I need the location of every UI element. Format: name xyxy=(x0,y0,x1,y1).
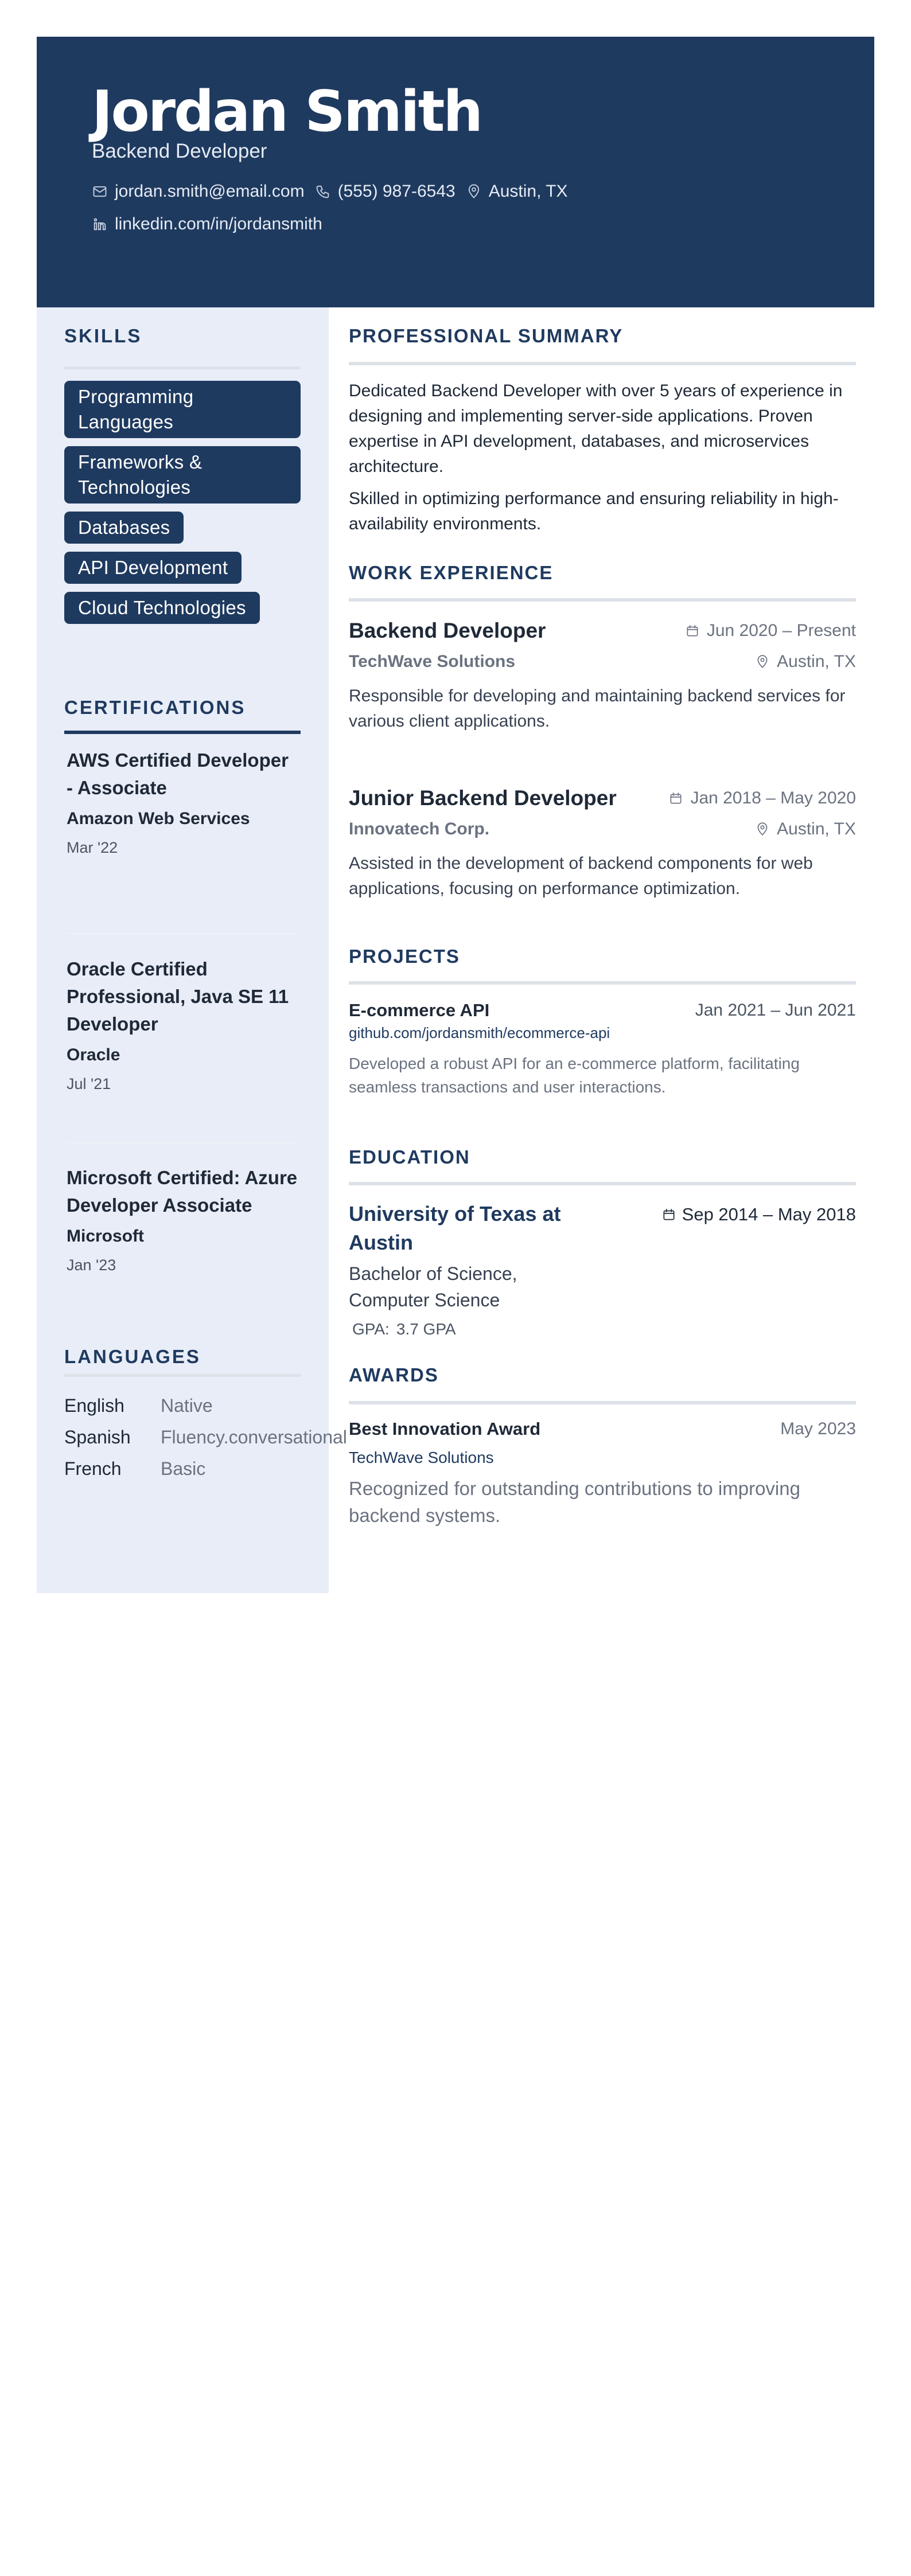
project-link[interactable]: github.com/jordansmith/ecommerce-api xyxy=(349,1023,610,1043)
job-role: Backend Developer xyxy=(349,617,546,645)
certification-item: AWS Certified Developer - Associate Amaz… xyxy=(67,747,298,858)
certifications-heading: CERTIFICATIONS xyxy=(64,696,246,719)
awards-heading: AWARDS xyxy=(349,1364,439,1387)
experience-divider xyxy=(349,598,856,602)
cert-title: Oracle Certified Professional, Java SE 1… xyxy=(67,955,298,1038)
skill-chip: API Development xyxy=(64,552,242,584)
location-text: Austin, TX xyxy=(489,180,568,203)
contact-location: Austin, TX xyxy=(466,180,568,203)
cert-date: Jul '21 xyxy=(67,1074,298,1094)
cert-issuer: Microsoft xyxy=(67,1225,298,1248)
job-role: Junior Backend Developer xyxy=(349,784,617,812)
skill-chip: Databases xyxy=(64,512,184,544)
job-location-text: Austin, TX xyxy=(777,650,856,673)
experience-heading: WORK EXPERIENCE xyxy=(349,561,553,584)
gpa-value: 3.7 GPA xyxy=(396,1320,456,1338)
language-row: English Native xyxy=(64,1390,347,1422)
job-dates: Jan 2018 – May 2020 xyxy=(668,787,856,810)
linkedin-icon xyxy=(92,216,108,232)
cert-issuer: Amazon Web Services xyxy=(67,807,298,830)
award-organization: TechWave Solutions xyxy=(349,1447,494,1468)
language-level: Fluency.conversational xyxy=(161,1422,347,1453)
job-dates-text: Jan 2018 – May 2020 xyxy=(690,787,856,810)
job-dates: Jun 2020 – Present xyxy=(685,619,856,642)
job-location: Austin, TX xyxy=(755,650,856,673)
skills-heading: SKILLS xyxy=(64,325,142,348)
map-pin-icon xyxy=(466,184,482,200)
resume-header: Jordan Smith Backend Developer jordan.sm… xyxy=(37,37,874,307)
job-subheader: Innovatech Corp. Austin, TX xyxy=(349,818,856,841)
calendar-icon xyxy=(661,1207,676,1222)
education-degree: Bachelor of Science, Computer Science xyxy=(349,1260,590,1313)
education-dates-text: Sep 2014 – May 2018 xyxy=(682,1203,856,1226)
phone-icon xyxy=(315,184,331,200)
job-description: Responsible for developing and maintaini… xyxy=(349,684,856,734)
skills-list: Programming Languages Frameworks & Techn… xyxy=(64,381,301,632)
education-school: University of Texas at Austin xyxy=(349,1200,590,1257)
contact-phone[interactable]: (555) 987-6543 xyxy=(315,180,455,203)
language-level: Native xyxy=(161,1390,213,1422)
summary-divider xyxy=(349,362,856,365)
gpa-label: GPA: xyxy=(352,1320,390,1338)
job-header: Backend Developer Jun 2020 – Present xyxy=(349,617,856,645)
contact-linkedin[interactable]: linkedin.com/in/jordansmith xyxy=(92,213,322,236)
job-location: Austin, TX xyxy=(755,818,856,841)
certification-item: Microsoft Certified: Azure Developer Ass… xyxy=(67,1164,298,1275)
language-name: English xyxy=(64,1390,161,1422)
cert-issuer: Oracle xyxy=(67,1044,298,1067)
candidate-name: Jordan Smith xyxy=(92,80,481,143)
phone-text: (555) 987-6543 xyxy=(338,180,455,203)
education-divider xyxy=(349,1182,856,1185)
contact-email[interactable]: jordan.smith@email.com xyxy=(92,180,305,203)
calendar-icon xyxy=(685,623,700,638)
languages-list: English Native Spanish Fluency.conversat… xyxy=(64,1390,347,1485)
award-date: May 2023 xyxy=(780,1419,856,1439)
education-dates: Sep 2014 – May 2018 xyxy=(661,1203,856,1226)
education-gpa: GPA:3.7 GPA xyxy=(352,1319,463,1340)
skill-chip: Programming Languages xyxy=(64,381,301,438)
project-header: E-commerce API Jan 2021 – Jun 2021 xyxy=(349,999,856,1022)
projects-divider xyxy=(349,981,856,985)
languages-divider xyxy=(64,1374,301,1377)
languages-heading: LANGUAGES xyxy=(64,1345,201,1368)
cert-date: Mar '22 xyxy=(67,837,298,858)
job-company: TechWave Solutions xyxy=(349,650,515,673)
cert-date: Jan '23 xyxy=(67,1255,298,1275)
contact-row-2: linkedin.com/in/jordansmith xyxy=(92,213,333,236)
certifications-divider xyxy=(64,731,301,734)
award-header: Best Innovation Award May 2023 xyxy=(349,1419,856,1439)
language-row: Spanish Fluency.conversational xyxy=(64,1422,347,1453)
job-subheader: TechWave Solutions Austin, TX xyxy=(349,650,856,673)
project-dates: Jan 2021 – Jun 2021 xyxy=(695,1001,856,1020)
project-name: E-commerce API xyxy=(349,999,489,1022)
linkedin-text: linkedin.com/in/jordansmith xyxy=(115,213,322,236)
skills-divider xyxy=(64,366,301,369)
skill-chip: Cloud Technologies xyxy=(64,592,260,624)
summary-paragraph: Skilled in optimizing performance and en… xyxy=(349,486,856,537)
skill-chip: Frameworks & Technologies xyxy=(64,446,301,504)
award-description: Recognized for outstanding contributions… xyxy=(349,1475,856,1529)
cert-separator xyxy=(67,1142,298,1143)
map-pin-icon xyxy=(755,822,770,837)
email-text: jordan.smith@email.com xyxy=(115,180,305,203)
project-description: Developed a robust API for an e-commerce… xyxy=(349,1052,856,1099)
candidate-title: Backend Developer xyxy=(92,139,267,164)
cert-title: Microsoft Certified: Azure Developer Ass… xyxy=(67,1164,298,1219)
cert-separator xyxy=(67,933,298,934)
job-company: Innovatech Corp. xyxy=(349,818,489,841)
education-heading: EDUCATION xyxy=(349,1146,470,1169)
job-location-text: Austin, TX xyxy=(777,818,856,841)
language-name: Spanish xyxy=(64,1422,161,1453)
job-header: Junior Backend Developer Jan 2018 – May … xyxy=(349,784,856,812)
language-name: French xyxy=(64,1453,161,1485)
sidebar: SKILLS Programming Languages Frameworks … xyxy=(37,307,329,1593)
certification-item: Oracle Certified Professional, Java SE 1… xyxy=(67,955,298,1094)
language-row: French Basic xyxy=(64,1453,347,1485)
summary-heading: PROFESSIONAL SUMMARY xyxy=(349,325,623,348)
contact-row: jordan.smith@email.com (555) 987-6543 Au… xyxy=(92,180,578,203)
projects-heading: PROJECTS xyxy=(349,945,460,968)
language-level: Basic xyxy=(161,1453,205,1485)
award-name: Best Innovation Award xyxy=(349,1419,540,1439)
mail-icon xyxy=(92,184,108,200)
map-pin-icon xyxy=(755,654,770,669)
summary-paragraph: Dedicated Backend Developer with over 5 … xyxy=(349,378,856,479)
calendar-icon xyxy=(668,791,683,806)
job-dates-text: Jun 2020 – Present xyxy=(707,619,856,642)
cert-title: AWS Certified Developer - Associate xyxy=(67,747,298,802)
awards-divider xyxy=(349,1401,856,1404)
job-description: Assisted in the development of backend c… xyxy=(349,851,856,901)
